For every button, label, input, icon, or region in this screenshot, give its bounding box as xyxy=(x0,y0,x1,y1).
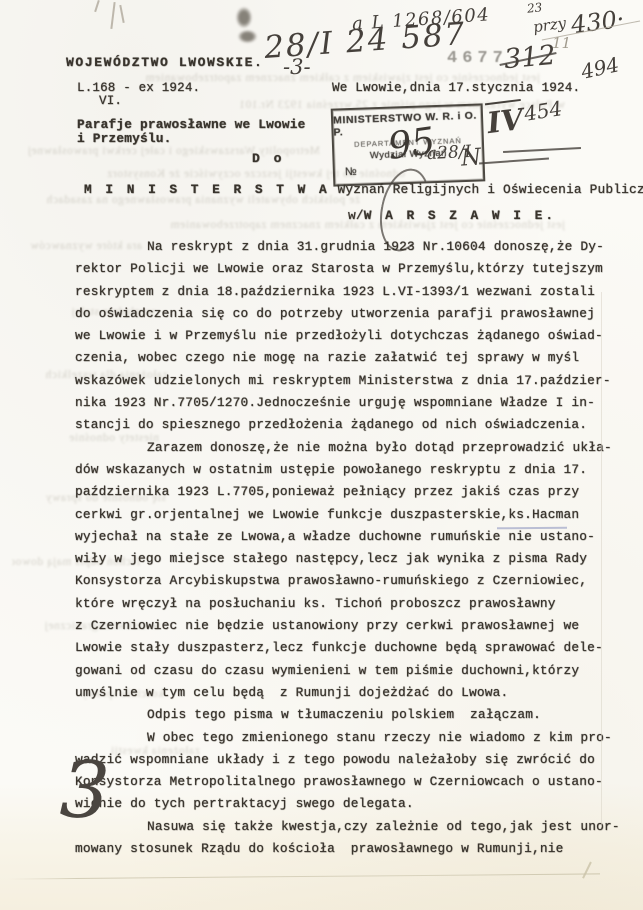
typed-line: nika 1923 Nr.7705/1270.Jednocześnie urgu… xyxy=(75,392,600,414)
ink-flourish xyxy=(479,158,549,164)
ink-flourish xyxy=(503,147,581,153)
handwritten-przy: przy xyxy=(532,14,567,36)
margin-number-3: 3 xyxy=(59,751,111,831)
paragraph: Na reskrypt z dnia 31.grudnia 1923 Nr.10… xyxy=(75,236,600,437)
handwritten-superscript: 23 xyxy=(526,0,543,16)
pencil-number-11: 11 xyxy=(552,34,571,52)
typed-line: Lwowie stały duszpasterz,lecz funkcje du… xyxy=(75,637,600,659)
typed-line: wiły w jego miejsce stałego następcy,lec… xyxy=(75,548,600,570)
typed-line: cerkwi gr.orjentalnej we Lwowie funkcje … xyxy=(75,504,600,526)
addressee-ministry: M I N I S T E R S T W A xyxy=(84,182,330,197)
typed-line: Konsystorza Arcybiskupstwa prawosławno-r… xyxy=(75,570,600,592)
typed-line: które wręczył na posłuchaniu ks. Tichoń … xyxy=(75,593,600,615)
handwritten-number-494: 494 xyxy=(579,52,621,83)
pencil-mark xyxy=(119,5,124,23)
typed-line: wskazówek udzielonych mi reskryptem Mini… xyxy=(75,370,600,392)
handwritten-number-454: 454 xyxy=(522,96,563,126)
typed-line: mowany stosunek Rządu do kościoła prawos… xyxy=(75,838,600,860)
typed-line: dów wskazanych w ostatnim ustępie powoła… xyxy=(75,459,600,481)
typed-line: we Lwowie i w Przemyślu nie przedłożyli … xyxy=(75,325,600,347)
document-page: jest jednocześnie co jest zjawiskiem z c… xyxy=(0,0,643,910)
typed-line: Zarazem donoszę,że nie można było dotąd … xyxy=(75,437,600,459)
typed-line: wadzić wspomniane układy i z tego powodu… xyxy=(75,749,600,771)
paragraph: Odpis tego pisma w tłumaczeniu polskiem … xyxy=(75,704,600,726)
paper-fold-line xyxy=(601,292,602,827)
place-and-date: We Lwowie,dnia 17.stycznia 1924. xyxy=(332,81,580,95)
typed-line: Konsystorza Metropolitalnego prawosławne… xyxy=(75,771,600,793)
typed-line: Nasuwa się także kwestja,czy zależnie od… xyxy=(75,816,600,838)
subject-line-1: Parafje prawosławne we Lwowie xyxy=(77,117,306,132)
typed-line: gowani od czasu do czasu wymienieni w te… xyxy=(75,660,600,682)
typed-line: wienie do tych pertraktacyj swego delega… xyxy=(75,793,600,815)
to-label: D o xyxy=(252,151,284,166)
addressee-city-prefix: w/ xyxy=(348,208,364,223)
stamp-handwritten-initial: N xyxy=(460,144,482,171)
typed-line: W obec tego zmienionego stanu rzeczy nie… xyxy=(75,727,600,749)
handwritten-dash-3: -3- xyxy=(283,55,311,79)
typed-line: stancji do spiesznego przedłożenia żądan… xyxy=(75,414,600,436)
typed-line: Odpis tego pisma w tłumaczeniu polskiem … xyxy=(75,704,600,726)
reference-number-2: VI. xyxy=(99,94,122,108)
typed-line: rektor Policji we Lwowie oraz Starosta w… xyxy=(75,258,600,280)
paragraph: W obec tego zmienionego stanu rzeczy nie… xyxy=(75,727,600,816)
reference-number: L.168 - ex 1924. xyxy=(77,81,200,95)
typed-line: wyjechał na stałe ze Lwowa,a władze duch… xyxy=(75,526,600,548)
sender-office: WOJEWÓDZTWO LWOWSKIE. xyxy=(66,55,263,70)
ink-smudge xyxy=(238,30,257,43)
typed-line: reskryptem z dnia 18.października 1923 L… xyxy=(75,281,600,303)
typed-line: października 1923 L.7705,ponieważ pełnią… xyxy=(75,481,600,503)
typed-line: do oświadczenia się co do potrzeby utwor… xyxy=(75,303,600,325)
handwritten-roman-iv: IV xyxy=(485,99,525,140)
stamp-number-label: № xyxy=(335,166,357,179)
body-text: Na reskrypt z dnia 31.grudnia 1923 Nr.10… xyxy=(75,236,600,860)
pencil-mark xyxy=(110,2,115,29)
ink-smudge xyxy=(236,7,252,28)
handwritten-number-430: 430· xyxy=(569,5,625,39)
typed-line: czenia, wobec czego nie mogę na razie za… xyxy=(75,347,600,369)
typed-line: umyślnie w tym celu będą z Rumunji dojeż… xyxy=(75,682,600,704)
pencil-mark xyxy=(94,0,99,12)
typed-line: z Czerniowiec nie będzie ustanowiony prz… xyxy=(75,615,600,637)
subject-line-2: i Przemyślu. xyxy=(77,131,172,146)
typed-line: Na reskrypt z dnia 31.grudnia 1923 Nr.10… xyxy=(75,236,600,258)
paper-corner-edge xyxy=(582,862,591,879)
paragraph: Nasuwa się także kwestja,czy zależnie od… xyxy=(75,816,600,861)
paper-bottom-edge xyxy=(8,873,600,879)
paragraph: Zarazem donoszę,że nie można było dotąd … xyxy=(75,437,600,705)
